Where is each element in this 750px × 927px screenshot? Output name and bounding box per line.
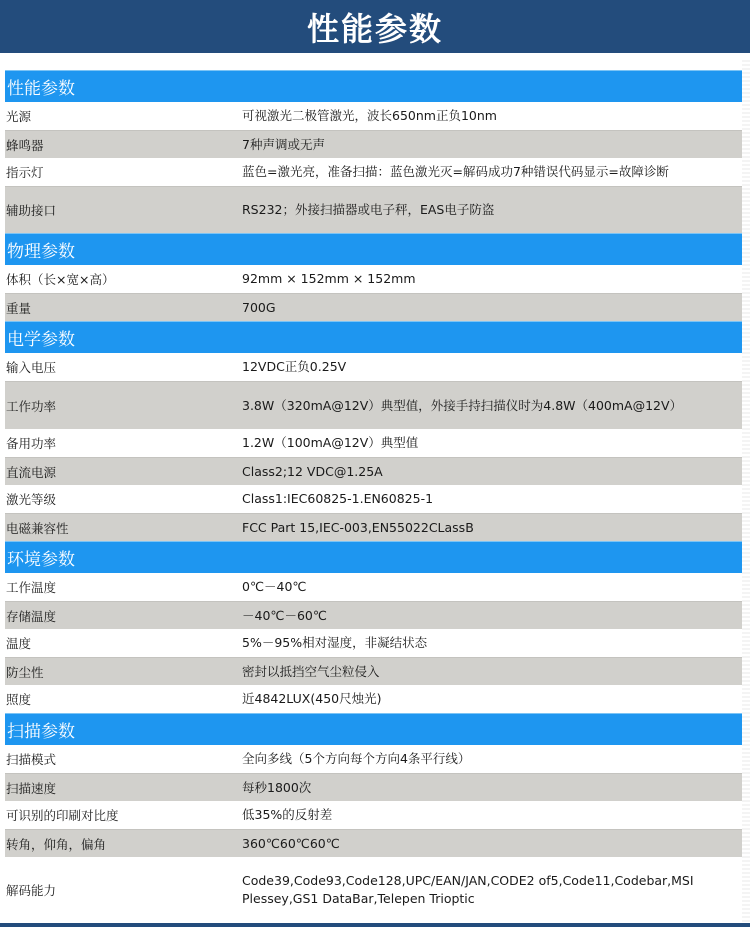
section-header: 电学参数 [5, 321, 742, 353]
spec-value: 12VDC正负0.25V [242, 358, 742, 376]
spec-value: 360℃60℃60℃ [242, 835, 742, 853]
section-header: 性能参数 [5, 70, 742, 102]
table-row: 温度5%－95%相对湿度，非凝结状态 [5, 629, 742, 657]
spec-value: 每秒1800次 [242, 779, 742, 797]
spec-label: 工作温度 [5, 578, 242, 596]
table-row: 重量700G [5, 293, 742, 321]
section-header: 扫描参数 [5, 713, 742, 745]
section-header: 环境参数 [5, 541, 742, 573]
spec-label: 可识别的印刷对比度 [5, 806, 242, 824]
spec-table: 性能参数光源可视激光二极管激光，波长650nm正负10nm蜂鸣器7种声调或无声指… [5, 70, 742, 922]
table-row: 直流电源Class2;12 VDC@1.25A [5, 457, 742, 485]
table-row: 照度近4842LUX(450尺烛光) [5, 685, 742, 713]
table-row: 工作功率3.8W（320mA@12V）典型值，外接手持扫描仪时为4.8W（400… [5, 381, 742, 429]
spec-label: 工作功率 [5, 397, 242, 415]
spec-label: 输入电压 [5, 358, 242, 376]
spec-value: 1.2W（100mA@12V）典型值 [242, 434, 742, 452]
spec-label: 扫描模式 [5, 750, 242, 768]
spec-value: 近4842LUX(450尺烛光) [242, 690, 742, 708]
spec-label: 转角，仰角，偏角 [5, 835, 242, 853]
table-row: 防尘性密封以抵挡空气尘粒侵入 [5, 657, 742, 685]
table-row: 备用功率1.2W（100mA@12V）典型值 [5, 429, 742, 457]
table-row: 电磁兼容性FCC Part 15,IEC-003,EN55022CLassB [5, 513, 742, 541]
table-row: 辅助接口RS232；外接扫描器或电子秤，EAS电子防盗 [5, 186, 742, 233]
spec-label: 体积（长×宽×高） [5, 270, 242, 288]
spec-label: 直流电源 [5, 463, 242, 481]
spec-label: 指示灯 [5, 163, 242, 181]
table-row: 扫描速度每秒1800次 [5, 773, 742, 801]
table-row: 输入电压12VDC正负0.25V [5, 353, 742, 381]
spec-value: 3.8W（320mA@12V）典型值，外接手持扫描仪时为4.8W（400mA@1… [242, 397, 742, 415]
spec-label: 蜂鸣器 [5, 136, 242, 154]
spec-value: 700G [242, 299, 742, 317]
spec-value: FCC Part 15,IEC-003,EN55022CLassB [242, 519, 742, 537]
spec-label: 备用功率 [5, 434, 242, 452]
spec-label: 激光等级 [5, 490, 242, 508]
spec-value: Code39,Code93,Code128,UPC/EAN/JAN,CODE2 … [242, 872, 742, 908]
table-row: 转角，仰角，偏角360℃60℃60℃ [5, 829, 742, 857]
spec-label: 电磁兼容性 [5, 519, 242, 537]
table-row: 光源可视激光二极管激光，波长650nm正负10nm [5, 102, 742, 130]
page-header: 性能参数 [0, 0, 750, 53]
spec-value: 5%－95%相对湿度，非凝结状态 [242, 634, 742, 652]
spec-value: 全向多线（5个方向每个方向4条平行线） [242, 750, 742, 768]
table-row: 激光等级Class1:IEC60825-1.EN60825-1 [5, 485, 742, 513]
spec-label: 重量 [5, 299, 242, 317]
table-row: 蜂鸣器7种声调或无声 [5, 130, 742, 158]
spec-label: 防尘性 [5, 663, 242, 681]
spec-value: Class2;12 VDC@1.25A [242, 463, 742, 481]
table-row: 体积（长×宽×高）92mm × 152mm × 152mm [5, 265, 742, 293]
spec-value: 可视激光二极管激光，波长650nm正负10nm [242, 107, 742, 125]
spec-value: 92mm × 152mm × 152mm [242, 270, 742, 288]
bottom-divider [0, 923, 750, 927]
spec-value: 蓝色=激光亮，准备扫描：蓝色激光灭=解码成功7种错误代码显示=故障诊断 [242, 163, 742, 181]
spec-value: 密封以抵挡空气尘粒侵入 [242, 663, 742, 681]
table-row: 指示灯蓝色=激光亮，准备扫描：蓝色激光灭=解码成功7种错误代码显示=故障诊断 [5, 158, 742, 186]
spec-label: 照度 [5, 690, 242, 708]
spec-value: RS232；外接扫描器或电子秤，EAS电子防盗 [242, 201, 742, 219]
spec-label: 解码能力 [5, 881, 242, 899]
table-row: 解码能力Code39,Code93,Code128,UPC/EAN/JAN,CO… [5, 857, 742, 922]
table-row: 可识别的印刷对比度低35%的反射差 [5, 801, 742, 829]
spec-label: 温度 [5, 634, 242, 652]
spec-label: 光源 [5, 107, 242, 125]
table-row: 扫描模式全向多线（5个方向每个方向4条平行线） [5, 745, 742, 773]
spec-label: 存储温度 [5, 607, 242, 625]
table-row: 工作温度0℃－40℃ [5, 573, 742, 601]
spec-value: －40℃－60℃ [242, 607, 742, 625]
page-title: 性能参数 [307, 4, 443, 50]
right-edge-decoration [742, 60, 750, 922]
spec-value: 7种声调或无声 [242, 136, 742, 154]
spec-label: 扫描速度 [5, 779, 242, 797]
spec-label: 辅助接口 [5, 201, 242, 219]
spec-value: 低35%的反射差 [242, 806, 742, 824]
spec-value: Class1:IEC60825-1.EN60825-1 [242, 490, 742, 508]
section-header: 物理参数 [5, 233, 742, 265]
spec-value: 0℃－40℃ [242, 578, 742, 596]
table-row: 存储温度－40℃－60℃ [5, 601, 742, 629]
